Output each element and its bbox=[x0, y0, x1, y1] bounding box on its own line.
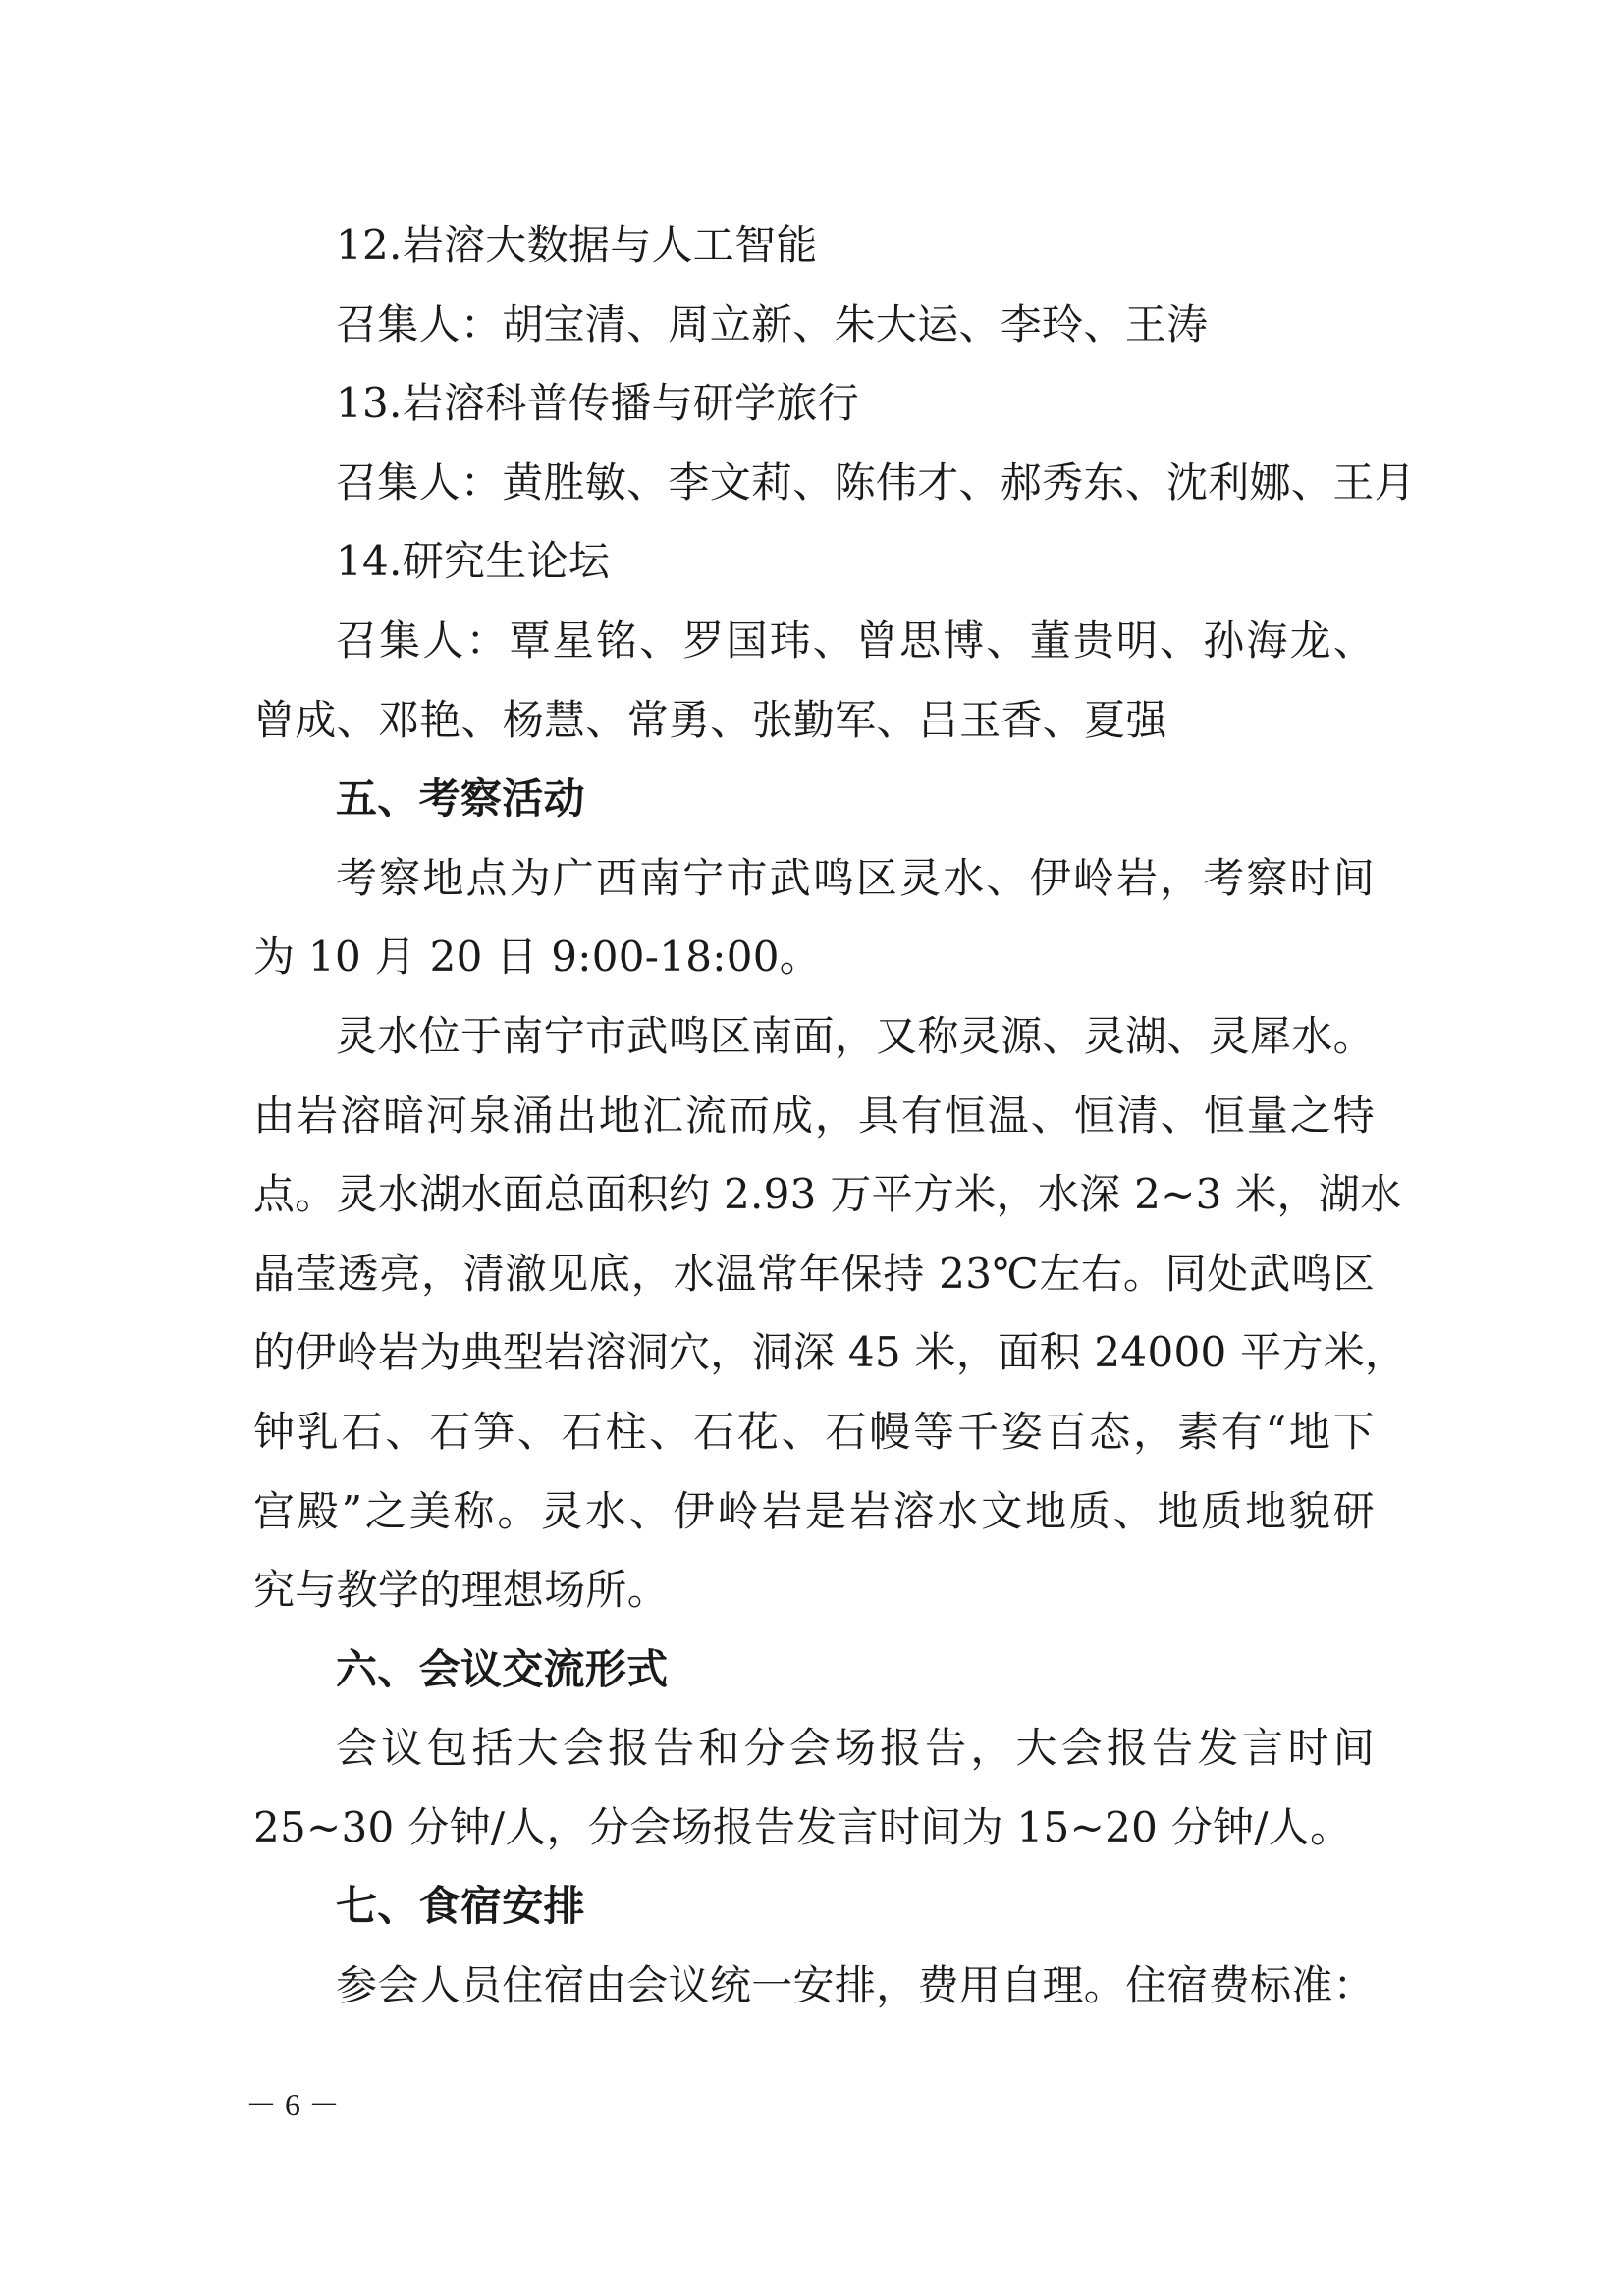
subitem-12-conveners: 召集人：胡宝清、周立新、朱大运、李玲、王涛 bbox=[253, 286, 1375, 365]
document-body: 12.岩溶大数据与人工智能 召集人：胡宝清、周立新、朱大运、李玲、王涛 13.岩… bbox=[253, 206, 1375, 2026]
paragraph-line: 由岩溶暗河泉涌出地汇流而成，具有恒温、恒清、恒量之特 bbox=[253, 1077, 1375, 1156]
subitem-13-conveners: 召集人：黄胜敏、李文莉、陈伟才、郝秀东、沈利娜、王月 bbox=[253, 444, 1375, 523]
paragraph-line: 的伊岭岩为典型岩溶洞穴，洞深 45 米，面积 24000 平方米， bbox=[253, 1313, 1375, 1393]
paragraph-line: 会议包括大会报告和分会场报告，大会报告发言时间 bbox=[253, 1709, 1375, 1789]
paragraph-line: 为 10 月 20 日 9:00-18:00。 bbox=[253, 918, 1375, 997]
paragraph-line: 灵水位于南宁市武鸣区南面，又称灵源、灵湖、灵犀水。 bbox=[253, 997, 1375, 1077]
subitem-14-conveners: 召集人：覃星铭、罗国玮、曾思博、董贵明、孙海龙、 bbox=[253, 602, 1375, 681]
paragraph-line: 钟乳石、石笋、石柱、石花、石幔等千姿百态，素有“地下 bbox=[253, 1393, 1375, 1472]
section-heading-field-trip: 五、考察活动 bbox=[253, 760, 1375, 839]
subitem-12-title: 12.岩溶大数据与人工智能 bbox=[253, 206, 1375, 286]
section-heading-accommodation: 七、食宿安排 bbox=[253, 1867, 1375, 1947]
paragraph-line: 点。灵水湖水面总面积约 2.93 万平方米，水深 2~3 米，湖水 bbox=[253, 1155, 1375, 1235]
document-page: 12.岩溶大数据与人工智能 召集人：胡宝清、周立新、朱大运、李玲、王涛 13.岩… bbox=[0, 0, 1624, 2296]
paragraph-line: 25~30 分钟/人，分会场报告发言时间为 15~20 分钟/人。 bbox=[253, 1789, 1375, 1868]
paragraph-line: 参会人员住宿由会议统一安排，费用自理。住宿费标准： bbox=[253, 1947, 1375, 2026]
paragraph-line: 晶莹透亮，清澈见底，水温常年保持 23℃左右。同处武鸣区 bbox=[253, 1235, 1375, 1314]
page-number: － 6 － bbox=[245, 2085, 340, 2124]
section-heading-exchange-format: 六、会议交流形式 bbox=[253, 1630, 1375, 1710]
subitem-14-title: 14.研究生论坛 bbox=[253, 522, 1375, 602]
paragraph-line: 宫殿”之美称。灵水、伊岭岩是岩溶水文地质、地质地貌研 bbox=[253, 1472, 1375, 1552]
paragraph-line: 究与教学的理想场所。 bbox=[253, 1551, 1375, 1630]
subitem-14-conveners-continued: 曾成、邓艳、杨慧、常勇、张勤军、吕玉香、夏强 bbox=[253, 681, 1375, 761]
paragraph-line: 考察地点为广西南宁市武鸣区灵水、伊岭岩，考察时间 bbox=[253, 839, 1375, 919]
subitem-13-title: 13.岩溶科普传播与研学旅行 bbox=[253, 364, 1375, 444]
